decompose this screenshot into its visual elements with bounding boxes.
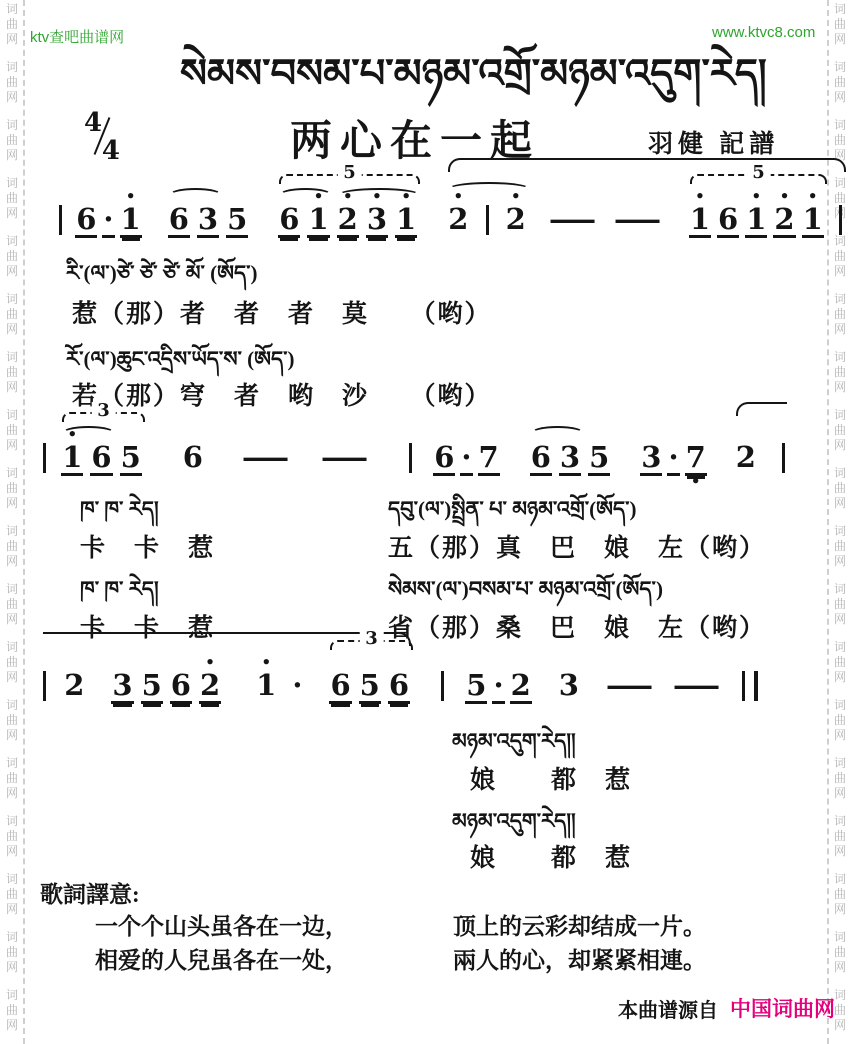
octave-dot-below [374, 238, 379, 250]
octave-dot-below [838, 235, 843, 247]
watermark-char: 网 [6, 206, 18, 221]
watermark-column-left: 词曲网词曲网词曲网词曲网词曲网词曲网词曲网词曲网词曲网词曲网词曲网词曲网词曲网词… [2, 2, 22, 1044]
watermark-char: 曲 [834, 17, 846, 32]
note-glyph: 5 [120, 441, 142, 476]
tuplet-bracket: 5 [279, 174, 420, 184]
note-glyph: · [492, 669, 504, 704]
octave-dot-below [190, 473, 195, 485]
translation-line2-right: 兩人的心，却紧紧相連。 [453, 942, 706, 975]
watermark-char: 词 [6, 930, 18, 945]
lyric-chinese-verse1b: 若（那）穹 者 哟 沙 （哟） [72, 376, 492, 412]
site-url: www.ktvc8.com [712, 24, 815, 41]
score-line-3: 2 3 5 6 •2 •1 · 6 5 6 5 · 2 3 — — 3 [42, 656, 808, 716]
watermark-char: 曲 [834, 423, 846, 438]
watermark-char: 网 [6, 380, 18, 395]
note-glyph: 6 [170, 669, 192, 704]
duration-dash: — [329, 428, 360, 485]
note: · [492, 656, 504, 716]
time-signature-denominator: 4 [102, 136, 120, 166]
note: · [102, 190, 114, 250]
note: 6 [170, 656, 192, 716]
watermark-group: 词曲网 [834, 408, 846, 453]
note: 7 [478, 428, 500, 488]
watermark-group: 词曲网 [834, 60, 846, 105]
watermark-char: 词 [834, 640, 846, 655]
watermark-char: 词 [6, 756, 18, 771]
octave-dot-below [810, 238, 815, 250]
watermark-char: 曲 [6, 887, 18, 902]
octave-dot-below [58, 235, 63, 247]
watermark-char: 曲 [834, 771, 846, 786]
watermark-char: 词 [834, 814, 846, 829]
watermark-group: 词曲网 [6, 756, 18, 801]
watermark-char: 词 [834, 930, 846, 945]
time-signature-numerator: 4 [84, 108, 102, 138]
note-glyph: 3 [640, 441, 662, 476]
watermark-char: 词 [834, 524, 846, 539]
octave-dot-below [287, 238, 292, 250]
octave-dot-below [205, 238, 210, 250]
watermark-char: 曲 [6, 133, 18, 148]
tuplet-bracket: 3 [330, 640, 413, 650]
watermark-char: 词 [6, 988, 18, 1003]
watermark-char: 曲 [6, 597, 18, 612]
note: 6 [329, 656, 351, 716]
watermark-char: 曲 [6, 75, 18, 90]
source-prefix: 本曲谱源自 [618, 994, 718, 1023]
tuplet-bracket: 5 [690, 174, 827, 184]
watermark-char: 网 [834, 1018, 846, 1033]
watermark-char: 曲 [834, 655, 846, 670]
note-glyph: 6 [90, 441, 112, 476]
note: 5 [359, 656, 381, 716]
note-glyph: 5 [588, 441, 610, 476]
octave-dot-below [566, 701, 571, 713]
time-signature: 4 4 [84, 112, 122, 162]
watermark-char: 词 [6, 2, 18, 17]
watermark-group: 词曲网 [834, 640, 846, 685]
note: 5 [465, 656, 487, 716]
watermark-group: 词曲网 [6, 176, 18, 221]
note: 3 [111, 656, 133, 716]
dashed-border-left [23, 0, 25, 1044]
octave-dot-below [396, 704, 401, 716]
octave-dot-below [70, 476, 75, 488]
octave-dot-below [404, 238, 409, 250]
note-glyph: · [102, 203, 114, 238]
watermark-char: 曲 [6, 771, 18, 786]
octave-dot-above [42, 656, 47, 669]
watermark-char: 曲 [6, 423, 18, 438]
tuplet-bracket: 3 [62, 412, 145, 422]
octave-dot-below [178, 704, 183, 716]
watermark-group: 词曲网 [6, 814, 18, 859]
octave-dot-below [513, 235, 518, 247]
note: •1 [689, 190, 711, 250]
watermark-group: 词曲网 [834, 292, 846, 337]
lyric-chinese-coda1: 娘 都 惹 [470, 760, 632, 796]
note-glyph: 1 [307, 203, 329, 238]
note: •1 [255, 656, 277, 713]
note-glyph: 1 [802, 203, 824, 238]
note: 2 [735, 428, 757, 485]
duration-dash: — [614, 656, 645, 713]
note: 5 [588, 428, 610, 488]
note-glyph: 6 [168, 203, 190, 238]
octave-dot-below [345, 238, 350, 250]
watermark-char: 曲 [834, 829, 846, 844]
watermark-char: 词 [834, 756, 846, 771]
watermark-char: 曲 [834, 133, 846, 148]
octave-dot-below [754, 238, 759, 250]
watermark-group: 词曲网 [834, 350, 846, 395]
watermark-char: 曲 [6, 945, 18, 960]
note-glyph: 1 [120, 203, 142, 238]
watermark-char: 曲 [6, 539, 18, 554]
translation-line1-left: 一个个山头虽各在一边， [95, 908, 348, 941]
note: 3 [558, 656, 580, 713]
note-glyph: — [546, 203, 599, 235]
note-glyph: 6 [75, 203, 97, 238]
watermark-char: 词 [834, 350, 846, 365]
watermark-char: 网 [6, 148, 18, 163]
watermark-char: 曲 [834, 945, 846, 960]
lyric-chinese-verse2a-left: 卡 卡 惹 [80, 528, 215, 564]
watermark-char: 网 [6, 902, 18, 917]
octave-dot-below [338, 704, 343, 716]
watermark-char: 曲 [6, 829, 18, 844]
watermark-group: 词曲网 [6, 988, 18, 1033]
note-glyph: — [611, 203, 664, 235]
note-glyph: 1 [689, 203, 711, 238]
transcriber-credit: 羽健 記譜 [648, 124, 779, 160]
watermark-char: 词 [6, 466, 18, 481]
watermark-char: 网 [6, 438, 18, 453]
note-glyph: — [670, 669, 723, 701]
watermark-char: 网 [6, 786, 18, 801]
watermark-group: 词曲网 [6, 872, 18, 917]
tie-arc [448, 158, 846, 172]
slur-arc [169, 188, 222, 202]
watermark-char: 网 [6, 728, 18, 743]
octave-dot-below [72, 701, 77, 713]
note: 5 [120, 428, 142, 488]
watermark-char: 网 [834, 670, 846, 685]
barline [58, 190, 63, 247]
note: 3 [640, 428, 662, 488]
note: 5 [226, 190, 248, 250]
watermark-group: 词曲网 [834, 524, 846, 569]
watermark-char: 网 [834, 90, 846, 105]
note-glyph: 1 [745, 203, 767, 238]
octave-dot-above [838, 190, 843, 203]
translation-heading: 歌詞譯意: [40, 876, 140, 909]
lyric-chinese-verse1a: 惹（那）者 者 者 莫 （哟） [72, 294, 492, 330]
octave-dot-above [440, 656, 445, 669]
octave-dot-below [484, 235, 489, 247]
octave-dot-below [207, 704, 212, 716]
note-glyph: — [603, 669, 656, 701]
octave-dot-below [570, 235, 575, 247]
watermark-char: 词 [834, 60, 846, 75]
note-glyph: 5 [226, 203, 248, 238]
slur-arc [279, 188, 332, 202]
note: · [291, 656, 303, 713]
watermark-char: 网 [6, 90, 18, 105]
octave-dot-below [747, 701, 752, 713]
octave-dot-below [694, 701, 699, 713]
duration-dash: — [250, 428, 281, 485]
watermark-char: 曲 [834, 75, 846, 90]
watermark-group: 词曲网 [834, 814, 846, 859]
watermark-char: 网 [6, 554, 18, 569]
note-glyph: 6 [717, 203, 739, 238]
octave-dot-below [235, 238, 240, 250]
octave-dot-above [747, 656, 752, 669]
octave-dot-below [743, 473, 748, 485]
watermark-group: 词曲网 [6, 60, 18, 105]
watermark-char: 词 [834, 582, 846, 597]
note-glyph: 2 [199, 669, 221, 704]
watermark-char: 词 [6, 234, 18, 249]
watermark-char: 曲 [834, 481, 846, 496]
translation-line1-right: 顶上的云彩却结成一片。 [453, 908, 706, 941]
site-name: ktv查吧曲谱网 [30, 26, 124, 47]
note-glyph: 2 [510, 669, 532, 704]
watermark-char: 曲 [6, 191, 18, 206]
watermark-char: 曲 [6, 1003, 18, 1018]
note-glyph: 3 [559, 441, 581, 476]
note-glyph: 3 [197, 203, 219, 238]
note-glyph: 1 [61, 441, 83, 476]
octave-dot-above [408, 428, 413, 441]
note: 6 [182, 428, 204, 485]
octave-dot-below [264, 701, 269, 713]
note: · [667, 428, 679, 488]
watermark-char: 网 [834, 32, 846, 47]
watermark-group: 词曲网 [6, 524, 18, 569]
watermark-group: 词曲网 [834, 698, 846, 743]
note: •1 [120, 190, 142, 250]
watermark-char: 词 [6, 698, 18, 713]
octave-dot-below [782, 238, 787, 250]
note-glyph: — [318, 441, 371, 473]
watermark-char: 网 [6, 1018, 18, 1033]
watermark-group: 词曲网 [834, 118, 846, 163]
note-glyph: 2 [773, 203, 795, 238]
octave-dot-below [671, 476, 676, 488]
watermark-char: 词 [6, 176, 18, 191]
watermark-group: 词曲网 [6, 930, 18, 975]
octave-dot-above [42, 428, 47, 441]
lyric-chinese-coda2: 娘 都 惹 [470, 838, 632, 874]
note-glyph: 1 [395, 203, 417, 238]
note-glyph: · [460, 441, 472, 476]
watermark-char: 曲 [6, 307, 18, 322]
watermark-char: 曲 [6, 655, 18, 670]
watermark-char: 曲 [834, 307, 846, 322]
octave-dot-below [474, 704, 479, 716]
octave-dot-above [58, 190, 63, 203]
watermark-group: 词曲网 [834, 2, 846, 47]
watermark-char: 网 [6, 322, 18, 337]
note-glyph: 6 [329, 669, 351, 704]
note: · [460, 428, 472, 488]
watermark-char: 词 [6, 118, 18, 133]
note: •2 [447, 190, 469, 247]
slur-arc [62, 426, 115, 440]
watermark-group: 词曲网 [6, 292, 18, 337]
watermark-char: 词 [834, 118, 846, 133]
watermark-char: 网 [834, 554, 846, 569]
note: 6 [717, 190, 739, 250]
watermark-char: 词 [834, 292, 846, 307]
sheet-music-page: 词曲网词曲网词曲网词曲网词曲网词曲网词曲网词曲网词曲网词曲网词曲网词曲网词曲网词… [0, 0, 851, 1044]
octave-dot-below [635, 235, 640, 247]
barline [42, 656, 47, 713]
octave-dot-below [342, 473, 347, 485]
note-glyph: 5 [359, 669, 381, 704]
note-glyph: 5 [141, 669, 163, 704]
watermark-char: 网 [834, 844, 846, 859]
watermark-char: 网 [834, 786, 846, 801]
watermark-group: 词曲网 [834, 988, 846, 1033]
note: 5 [141, 656, 163, 716]
tuplet-number: 3 [359, 630, 384, 648]
watermark-char: 曲 [834, 1003, 846, 1018]
watermark-char: 网 [834, 960, 846, 975]
watermark-char: 曲 [834, 249, 846, 264]
watermark-group: 词曲网 [834, 466, 846, 511]
watermark-char: 曲 [6, 17, 18, 32]
note: 2 [510, 656, 532, 716]
octave-dot-below [627, 701, 632, 713]
octave-dot-below [408, 473, 413, 485]
watermark-char: 网 [6, 960, 18, 975]
octave-dot-below [176, 238, 181, 250]
watermark-char: 词 [834, 466, 846, 481]
note-glyph: 3 [366, 203, 388, 238]
watermark-char: 网 [834, 264, 846, 279]
watermark-char: 词 [6, 814, 18, 829]
octave-dot-below [316, 238, 321, 250]
octave-dot-below [120, 704, 125, 716]
dashed-border-right [827, 0, 829, 1044]
octave-dot-below [106, 238, 111, 250]
octave-dot-above [781, 428, 786, 441]
score-line-1: 6 · •1 6 3 5 6 •1 •2 •3 •1 •2 •2 — — •1 … [58, 190, 798, 250]
watermark-char: 词 [6, 582, 18, 597]
watermark-char: 曲 [834, 887, 846, 902]
note: 6 [75, 190, 97, 250]
octave-dot-below [128, 238, 133, 250]
watermark-char: 网 [834, 380, 846, 395]
octave-dot-below [263, 473, 268, 485]
note-glyph: 6 [433, 441, 455, 476]
watermark-char: 网 [6, 264, 18, 279]
octave-dot-below: • [691, 476, 701, 488]
watermark-char: 网 [6, 32, 18, 47]
slur-arc [338, 188, 420, 202]
watermark-char: 词 [6, 60, 18, 75]
watermark-char: 词 [6, 292, 18, 307]
watermark-char: 网 [834, 438, 846, 453]
watermark-char: 词 [6, 408, 18, 423]
watermark-group: 词曲网 [6, 118, 18, 163]
duration-dash: — [681, 656, 712, 713]
watermark-char: 网 [6, 612, 18, 627]
watermark-group: 词曲网 [6, 350, 18, 395]
watermark-group: 词曲网 [6, 2, 18, 47]
octave-dot-below [84, 238, 89, 250]
translation-line2-left: 相爱的人兒虽各在一处， [95, 942, 348, 975]
barline [42, 428, 47, 485]
octave-dot-below [725, 238, 730, 250]
note: 6 [433, 428, 455, 488]
watermark-char: 曲 [834, 365, 846, 380]
watermark-char: 网 [6, 670, 18, 685]
watermark-char: 曲 [6, 713, 18, 728]
note: •1 [745, 190, 767, 250]
barline [484, 190, 489, 247]
watermark-char: 网 [834, 612, 846, 627]
note: 7• [685, 428, 707, 488]
lyric-chinese-verse2a-right: 五（那）真 巴 娘 左（哟） [388, 528, 766, 564]
watermark-group: 词曲网 [6, 582, 18, 627]
barline [781, 428, 786, 485]
watermark-group: 词曲网 [6, 408, 18, 453]
watermark-char: 网 [6, 496, 18, 511]
note-glyph: 6 [388, 669, 410, 704]
watermark-char: 曲 [834, 539, 846, 554]
octave-dot-below [149, 704, 154, 716]
tibetan-title: སེམས་བསམ་པ་མཉམ་འགྲོ་མཉམ་འདུག་རེད། [180, 46, 767, 102]
octave-dot-below [440, 701, 445, 713]
barline [440, 656, 445, 713]
note-glyph: 2 [337, 203, 359, 238]
watermark-group: 词曲网 [834, 756, 846, 801]
octave-dot-below [781, 473, 786, 485]
watermark-char: 词 [834, 408, 846, 423]
note-glyph: 7 [478, 441, 500, 476]
watermark-char: 曲 [6, 249, 18, 264]
watermark-group: 词曲网 [6, 234, 18, 279]
watermark-char: 词 [834, 872, 846, 887]
octave-dot-below [697, 238, 702, 250]
note-glyph: · [667, 441, 679, 476]
duration-dash: — [622, 190, 653, 247]
watermark-group: 词曲网 [6, 640, 18, 685]
tuplet-number: 3 [91, 402, 116, 420]
watermark-char: 词 [6, 524, 18, 539]
slur-arc [531, 426, 584, 440]
watermark-group: 词曲网 [834, 930, 846, 975]
note-glyph: 3 [111, 669, 133, 704]
barline [408, 428, 413, 485]
tie-arc [736, 402, 787, 416]
watermark-char: 曲 [834, 713, 846, 728]
note: •2 [505, 190, 527, 247]
octave-dot-below [456, 235, 461, 247]
octave-dot-below [42, 701, 47, 713]
octave-dot-below [649, 476, 654, 488]
note: •2 [773, 190, 795, 250]
watermark-char: 词 [6, 872, 18, 887]
note-glyph: — [239, 441, 292, 473]
watermark-char: 词 [834, 698, 846, 713]
note: 2 [63, 656, 85, 713]
source-brand: 中国词曲网 [730, 993, 835, 1023]
